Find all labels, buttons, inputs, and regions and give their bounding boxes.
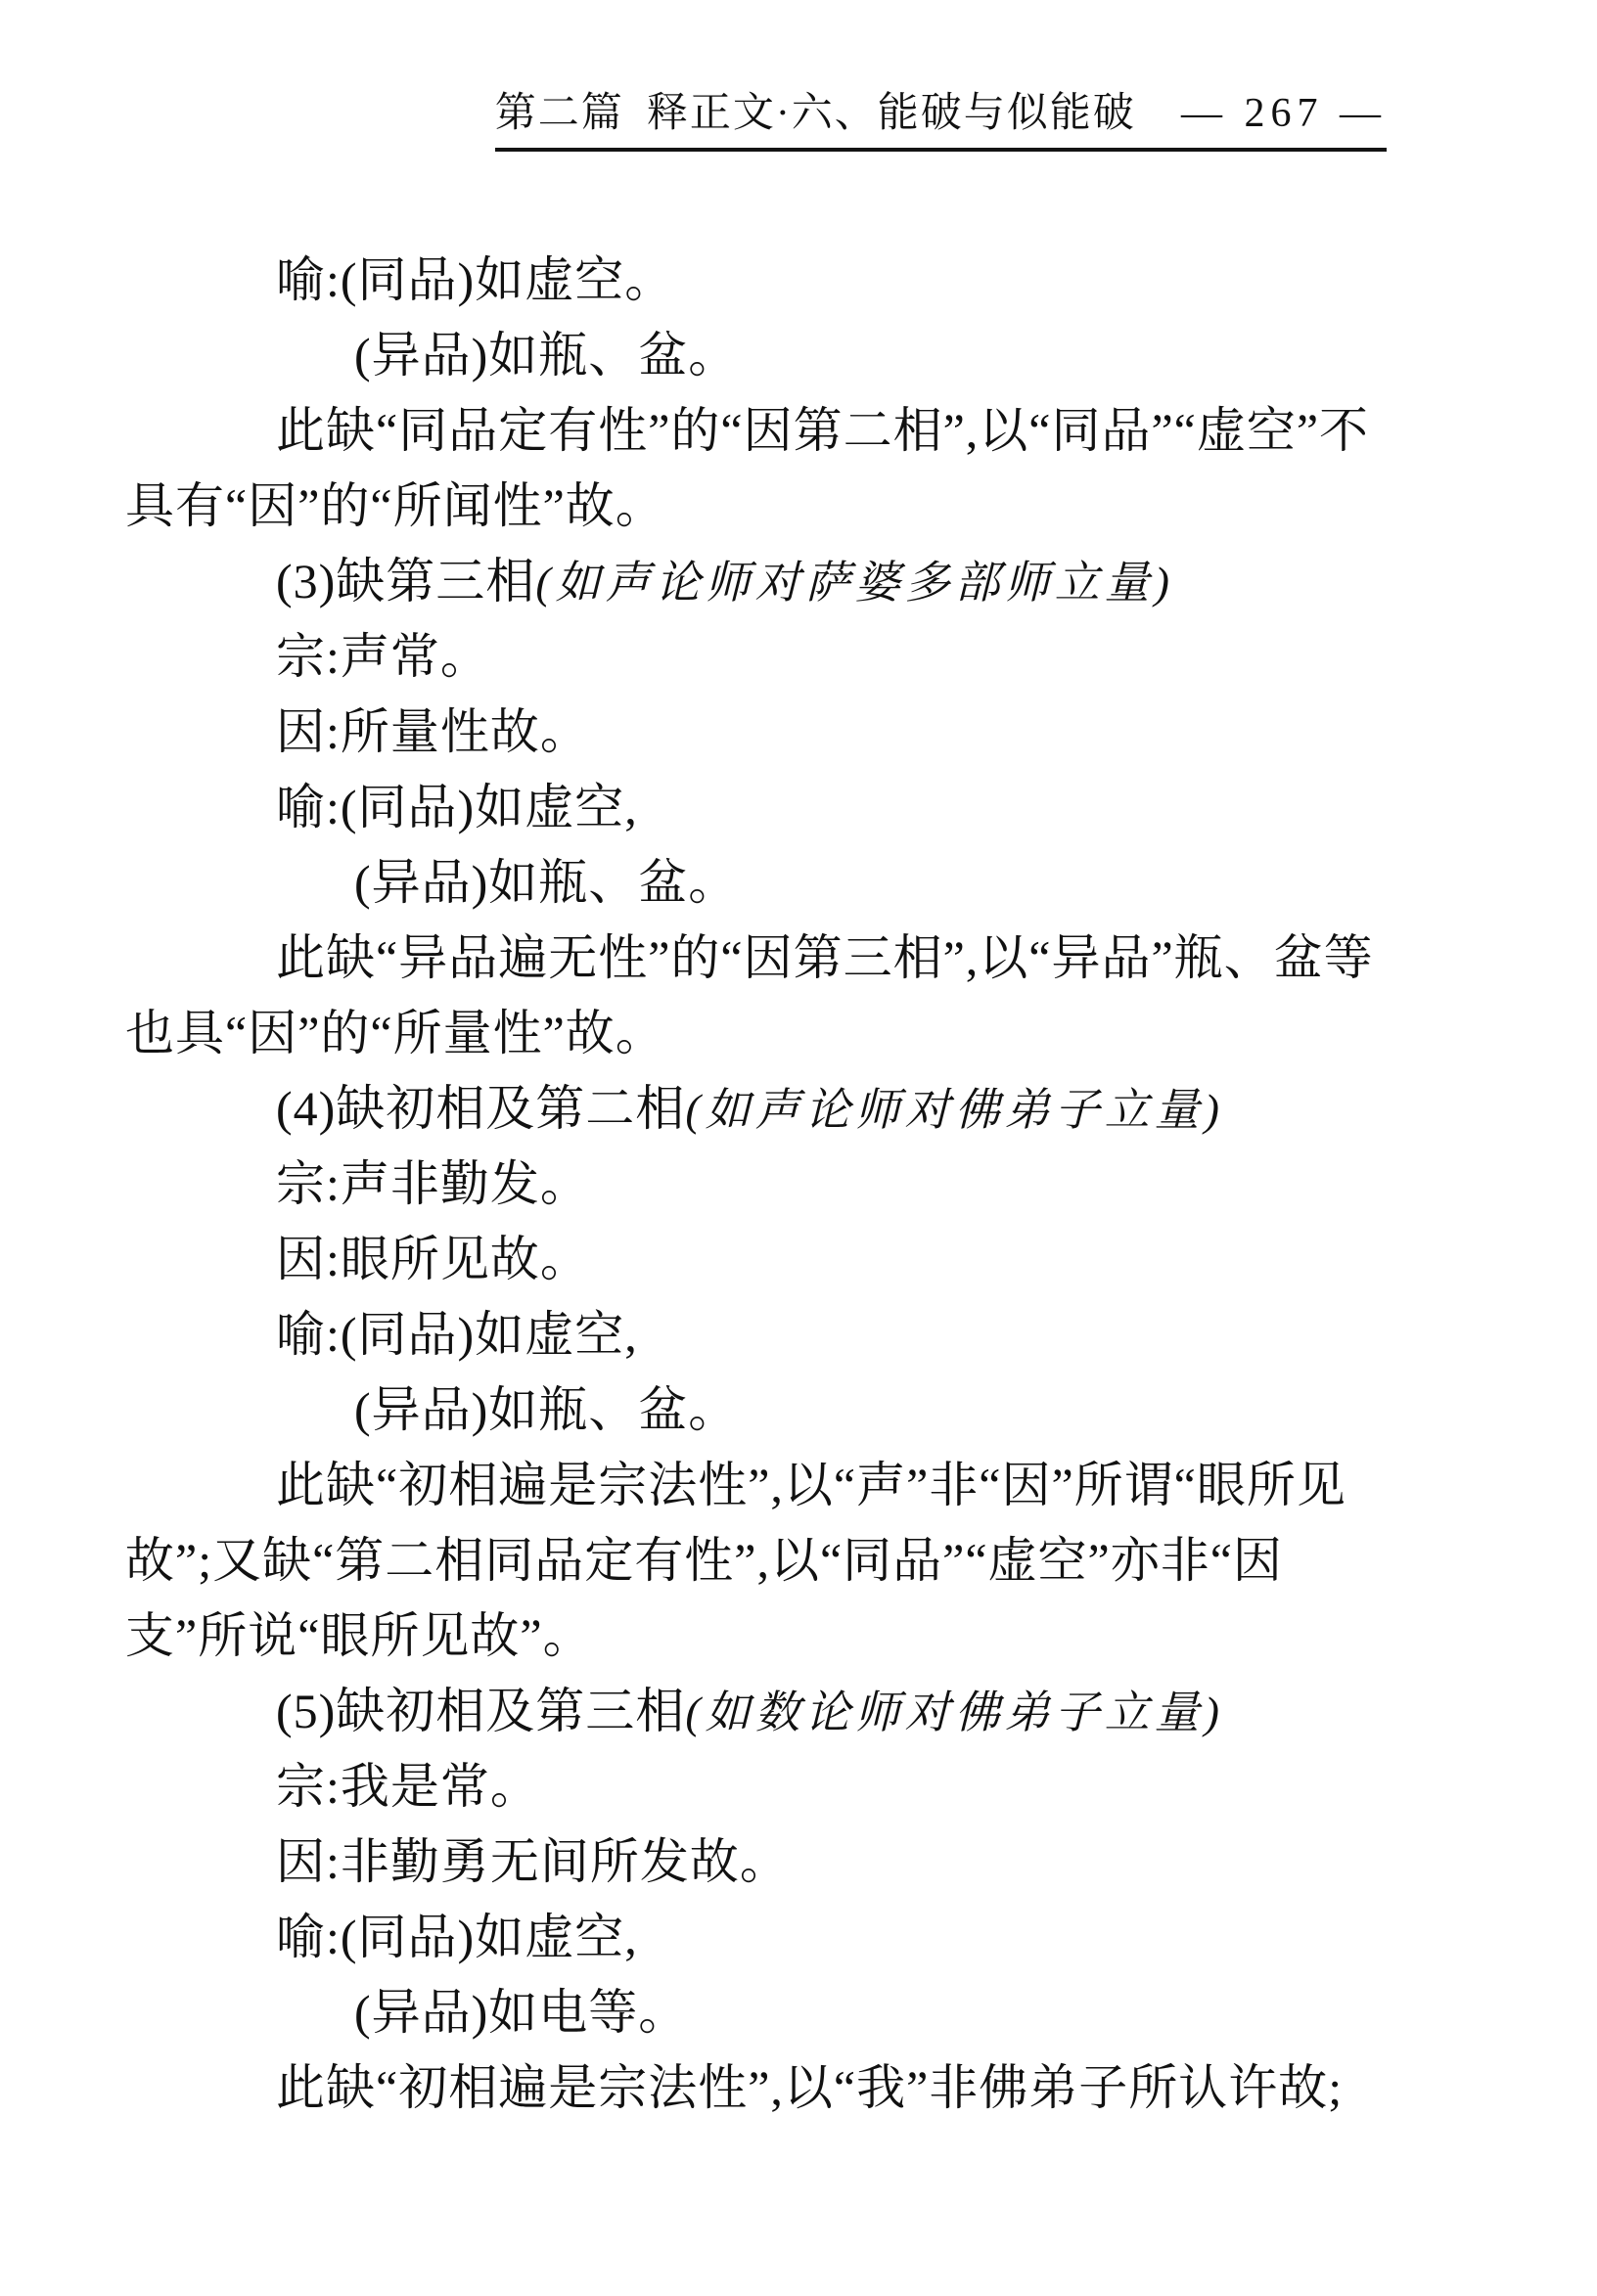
text-line: (异品)如瓶、盆。 (125, 318, 1397, 393)
text-line: 此缺“异品遍无性”的“因第三相”,以“异品”瓶、盆等 (125, 921, 1397, 996)
text-line: 宗:我是常。 (125, 1749, 1397, 1824)
text-line: 喻:(同品)如虚空, (125, 1900, 1397, 1975)
text-line: (3)缺第三相(如声论师对萨婆多部师立量) (125, 544, 1397, 619)
section-label: 第二篇 (495, 91, 624, 136)
list-item-label: (3)缺第三相 (276, 554, 535, 608)
text-line: 此缺“同品定有性”的“因第二相”,以“同品”“虚空”不 (125, 393, 1397, 469)
text-line: 也具“因”的“所量性”故。 (125, 996, 1397, 1071)
text-line: 此缺“初相遍是宗法性”,以“我”非佛弟子所认许故; (125, 2050, 1397, 2126)
text-line: (4)缺初相及第二相(如声论师对佛弟子立量) (125, 1071, 1397, 1147)
text-line: 此缺“初相遍是宗法性”,以“声”非“因”所谓“眼所见 (125, 1448, 1397, 1523)
text-line: 喻:(同品)如虚空, (125, 770, 1397, 845)
text-line: 具有“因”的“所闻性”故。 (125, 469, 1397, 544)
book-page: 第二篇释正文·六、能破与似能破— 267 — 喻:(同品)如虚空。 (异品)如瓶… (0, 0, 1597, 2296)
list-item-label: (5)缺初相及第三相 (276, 1684, 685, 1738)
page-number: — 267 — (1181, 91, 1387, 136)
annotation-text: (如数论师对佛弟子立量) (685, 1688, 1224, 1737)
text-line: 宗:声常。 (125, 619, 1397, 695)
text-line: 因:所量性故。 (125, 695, 1397, 770)
text-line: 喻:(同品)如虚空, (125, 1297, 1397, 1373)
annotation-text: (如声论师对萨婆多部师立量) (535, 558, 1174, 608)
text-line: (5)缺初相及第三相(如数论师对佛弟子立量) (125, 1674, 1397, 1749)
text-line: (异品)如瓶、盆。 (125, 1373, 1397, 1448)
text-line: (异品)如电等。 (125, 1975, 1397, 2050)
text-line: (异品)如瓶、盆。 (125, 845, 1397, 921)
text-line: 故”;又缺“第二相同品定有性”,以“同品”“虚空”亦非“因 (125, 1523, 1397, 1598)
body-text: 喻:(同品)如虚空。 (异品)如瓶、盆。 此缺“同品定有性”的“因第二相”,以“… (125, 243, 1397, 2126)
text-line: 因:眼所见故。 (125, 1222, 1397, 1297)
text-line: 喻:(同品)如虚空。 (125, 243, 1397, 318)
text-line: 宗:声非勤发。 (125, 1147, 1397, 1222)
list-item-label: (4)缺初相及第二相 (276, 1081, 685, 1136)
text-line: 支”所说“眼所见故”。 (125, 1598, 1397, 1674)
chapter-title: 释正文·六、能破与似能破 (647, 91, 1136, 136)
text-line: 因:非勤勇无间所发故。 (125, 1824, 1397, 1900)
running-head: 第二篇释正文·六、能破与似能破— 267 — (495, 88, 1387, 152)
annotation-text: (如声论师对佛弟子立量) (685, 1085, 1224, 1135)
